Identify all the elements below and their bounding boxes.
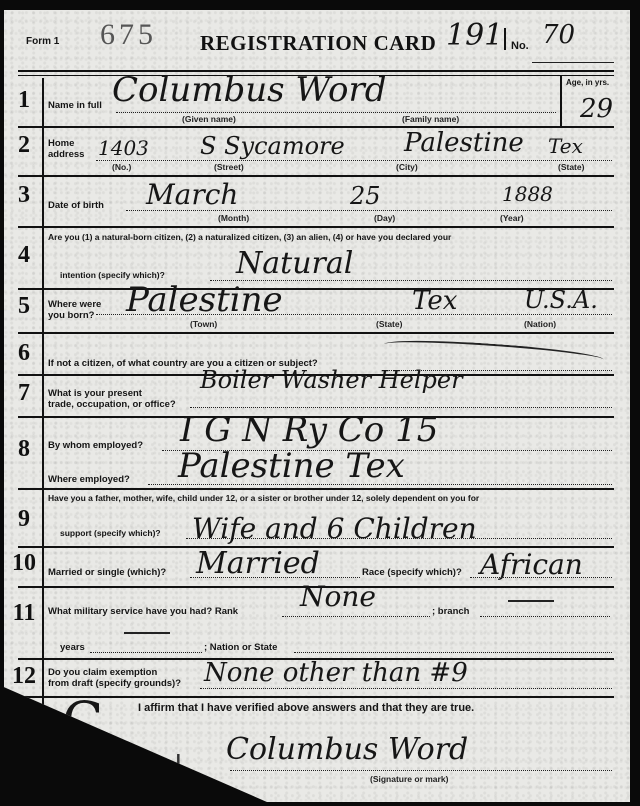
name-label: Name in full	[48, 100, 102, 111]
dob-month-value: March	[146, 178, 238, 211]
nation-or-state-label: ; Nation or State	[204, 642, 277, 653]
marital-status-value: Married	[196, 546, 320, 581]
age-value: 29	[580, 94, 613, 124]
birthplace-label: Where wereyou born?	[48, 299, 101, 321]
citizenship-question: Are you (1) a natural-born citizen, (2) …	[48, 232, 451, 242]
row-number: 12	[6, 663, 42, 690]
number-column-divider	[42, 78, 44, 708]
row-number: 2	[6, 132, 42, 159]
month-sublabel: (Month)	[218, 213, 249, 223]
no-sublabel: (No.)	[112, 162, 131, 172]
dependents-value: Wife and 6 Children	[192, 512, 477, 545]
form-label: Form 1	[26, 36, 59, 47]
dob-day-value: 25	[350, 182, 381, 210]
citizenship-question-line2: intention (specify which)?	[60, 270, 165, 280]
dependents-question-line2: support (specify which)?	[60, 528, 161, 538]
row-number: 7	[6, 380, 42, 407]
employer-value: I G N Ry Co 15	[180, 410, 438, 450]
employer-label: By whom employed?	[48, 440, 143, 451]
address-state-value: Tex	[548, 134, 583, 158]
race-label: Race (specify which)?	[362, 567, 462, 578]
street-sublabel: (Street)	[214, 162, 244, 172]
exemption-label: Do you claim exemptionfrom draft (specif…	[48, 667, 181, 689]
exemption-value: None other than #9	[204, 658, 468, 688]
given-name-sublabel: (Given name)	[182, 114, 236, 124]
row-number: 10	[6, 550, 42, 577]
town-sublabel: (Town)	[190, 319, 217, 329]
age-label: Age, in yrs.	[566, 78, 609, 87]
header-divider	[504, 28, 506, 50]
row-number: 4	[6, 242, 42, 269]
home-address-label: Homeaddress	[48, 138, 84, 160]
employment-place-label: Where employed?	[48, 474, 130, 485]
card-number: 70	[542, 20, 575, 50]
nation-sublabel: (Nation)	[524, 319, 556, 329]
address-street-value: S Sycamore	[200, 132, 345, 160]
military-rank-label: What military service have you had? Rank	[48, 606, 238, 617]
occupation-value: Boiler Washer Helper	[200, 366, 463, 394]
row-number: 3	[6, 182, 42, 209]
military-branch-label: ; branch	[432, 606, 469, 617]
dob-label: Date of birth	[48, 200, 104, 211]
city-sublabel: (City)	[396, 162, 418, 172]
title-prefix-handwritten: 191	[446, 18, 503, 53]
birthplace-nation-value: U.S.A.	[524, 286, 598, 314]
family-name-sublabel: (Family name)	[402, 114, 459, 124]
no-label: No.	[511, 40, 529, 52]
military-branch-value-dash	[508, 600, 554, 602]
serial-stamp: 675	[100, 18, 157, 52]
row-number: 6	[6, 340, 42, 367]
name-value: Columbus Word	[112, 70, 387, 110]
marital-status-label: Married or single (which)?	[48, 567, 166, 578]
margin-mark: C	[62, 690, 103, 753]
dob-year-value: 1888	[502, 182, 553, 206]
state-sublabel: (State)	[376, 319, 402, 329]
row-number: 9	[6, 506, 42, 533]
address-number-value: 1403	[98, 136, 149, 160]
state-sublabel: (State)	[558, 162, 584, 172]
citizenship-country-dash-stroke	[384, 336, 605, 367]
day-sublabel: (Day)	[374, 213, 395, 223]
row-number: 8	[6, 436, 42, 463]
row-number: 11	[6, 600, 42, 627]
birthplace-state-value: Tex	[412, 286, 457, 316]
registration-card: Form 1 675 REGISTRATION CARD 191 No. 70 …	[4, 10, 630, 802]
military-years-value-dash	[124, 632, 170, 634]
row-number: 1	[6, 87, 42, 114]
tally-marks: | | |	[110, 750, 189, 785]
occupation-label: What is your presenttrade, occupation, o…	[48, 388, 176, 410]
military-rank-value: None	[300, 580, 376, 613]
employment-place-value: Palestine Tex	[178, 446, 405, 486]
card-title: REGISTRATION CARD	[200, 31, 436, 56]
signature: Columbus Word	[226, 732, 468, 767]
row-number: 5	[6, 293, 42, 320]
military-years-label: years	[60, 642, 85, 653]
address-city-value: Palestine	[404, 128, 524, 158]
signature-label: (Signature or mark)	[370, 774, 448, 784]
affirmation-text: I affirm that I have verified above answ…	[138, 702, 474, 714]
year-sublabel: (Year)	[500, 213, 524, 223]
citizenship-value: Natural	[236, 246, 353, 281]
dependents-question: Have you a father, mother, wife, child u…	[48, 493, 479, 503]
